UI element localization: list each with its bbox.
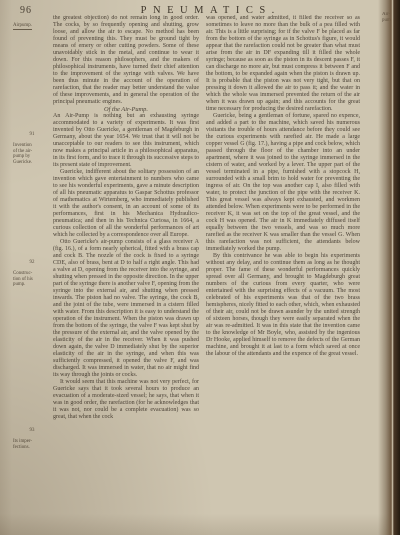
paragraph: It would seem that this machine was not … bbox=[53, 379, 199, 421]
margin-note-right-airpump: Air- pump. bbox=[382, 12, 396, 23]
text-block: the greatest objection) do not remain lo… bbox=[53, 15, 360, 533]
paragraph: Guericke, being a gentleman of fortune, … bbox=[206, 113, 360, 253]
paragraph: the greatest objection) do not remain lo… bbox=[53, 15, 199, 106]
paragraph: An Air-Pump is nothing but an exhausting… bbox=[53, 113, 199, 169]
book-gutter-shadow bbox=[378, 0, 400, 535]
margin-note-text: Construc- tion of his pump. bbox=[13, 271, 33, 287]
margin-note-text: Airpump. bbox=[13, 23, 32, 30]
margin-note-91-invention: 91 Invention of the air- pump by Guerick… bbox=[13, 126, 51, 166]
section-heading-of-the-air-pump: Of the Air-Pump. bbox=[53, 106, 199, 113]
margin-note-number: 93 bbox=[13, 428, 51, 434]
paragraph: Guericke, indifferent about the solitary… bbox=[53, 169, 199, 239]
scanned-book-page: 96 PNEUMATICS. Airpump. 91 Invention of … bbox=[0, 0, 400, 535]
margin-note-text: Invention of the air- pump by Guericke. bbox=[13, 143, 32, 165]
margin-note-number: 91 bbox=[13, 132, 51, 138]
paragraph: was opened, and water admitted, it fille… bbox=[206, 15, 360, 113]
margin-note-92-construction: 92 Construc- tion of his pump. bbox=[13, 254, 51, 288]
margin-note-airpump: Airpump. bbox=[13, 11, 51, 28]
paragraph: Otto Guericke's air-pump consists of a g… bbox=[53, 239, 199, 379]
margin-note-number: 92 bbox=[13, 260, 51, 266]
margin-note-93-imperfections: 93 Its imper- fections. bbox=[13, 422, 51, 450]
right-column: was opened, and water admitted, it fille… bbox=[206, 15, 360, 533]
margin-note-text: Its imper- fections. bbox=[13, 439, 32, 450]
left-column: the greatest objection) do not remain lo… bbox=[53, 15, 199, 533]
paragraph: By this contrivance he was able to begin… bbox=[206, 253, 360, 358]
